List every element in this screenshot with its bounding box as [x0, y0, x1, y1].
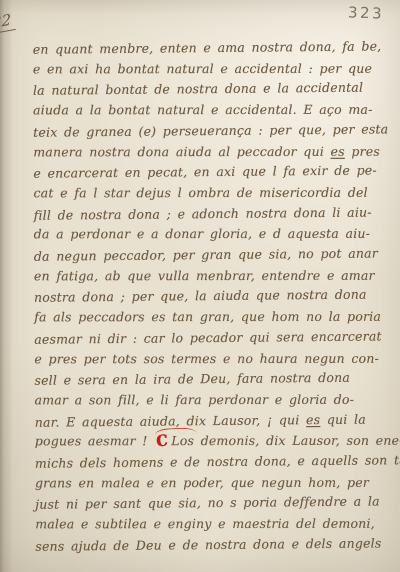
rubricated-word: Los	[171, 431, 194, 452]
line-text: manera nostra dona aiuda al peccador qui	[33, 143, 330, 159]
folio-number-text: 22	[0, 10, 16, 35]
line-text: pogues aesmar !	[35, 433, 154, 448]
manuscript-line: malea e subtilea e enginy e maestria del…	[35, 514, 391, 535]
underlined-word: es	[331, 143, 345, 158]
manuscript-line: fill de nostra dona ; e adonch nostra do…	[33, 202, 389, 226]
manuscript-line: e en axi ha bontat natural e accidental …	[33, 58, 389, 79]
rubric-paragraph-mark: C	[156, 428, 169, 455]
manuscript-line: en fatiga, ab que vulla menbrar, entendr…	[34, 265, 390, 286]
manuscript-line: fa als peccadors es tan gran, que hom no…	[34, 307, 390, 328]
manuscript-line: grans en malea e en poder, que negun hom…	[35, 472, 391, 493]
manuscript-line: e pres per tots sos termes e no haura ne…	[34, 348, 390, 369]
manuscript-line: teix de granea (e) perseuerança : per qu…	[33, 119, 389, 143]
line-text: nar. E aquesta aiuda, dix Lausor, ¡ qui	[35, 412, 306, 430]
manuscript-line: nostra dona ; per que, la aiuda que nost…	[34, 285, 390, 309]
underlined-word: es	[306, 412, 320, 427]
line-text: pres	[345, 143, 380, 158]
manuscript-line: da a perdonar e a donar gloria, e d aque…	[34, 224, 390, 245]
manuscript-line: pogues aesmar ! CLos demonis, dix Lausor…	[35, 431, 391, 452]
manuscript-line: sell e sera en la ira de Deu, fara nostr…	[34, 368, 390, 392]
manuscript-line: nar. E aquesta aiuda, dix Lausor, ¡ qui …	[35, 409, 391, 433]
manuscript-line: cat e fa l star dejus l ombra de miseric…	[33, 183, 389, 204]
manuscript-line: e encarcerat en pecat, en axi que l fa e…	[33, 161, 389, 185]
manuscript-text: en quant menbre, enten e ama nostra dona…	[33, 37, 392, 556]
manuscript-line: da negun peccador, per gran que sia, no …	[34, 243, 390, 267]
manuscript-line: aiuda a la bontat natural e accidental. …	[33, 100, 389, 121]
manuscript-line: la natural bontat de nostra dona e la ac…	[33, 78, 389, 102]
manuscript-line: manera nostra dona aiuda al peccador qui…	[33, 141, 389, 162]
manuscript-line: amar a son fill, e li fara perdonar e gl…	[35, 390, 391, 411]
manuscript-line: just ni per sant que sia, no s poria def…	[35, 492, 391, 516]
page-number-pencil: 323	[348, 3, 385, 22]
manuscript-line: aesmar ni dir : car lo pecador qui sera …	[34, 326, 390, 350]
manuscript-page: 22 323 en quant menbre, enten e ama nost…	[0, 0, 400, 572]
manuscript-line: michs dels homens e de nostra dona, e aq…	[35, 450, 391, 474]
line-text: demonis, dix Lausor, son ene-	[194, 433, 400, 448]
line-text: qui la	[320, 411, 366, 426]
manuscript-line: en quant menbre, enten e ama nostra dona…	[33, 36, 389, 60]
manuscript-line: sens ajuda de Deu e de nostra dona e del…	[35, 533, 391, 557]
folio-number: 22	[0, 10, 18, 34]
